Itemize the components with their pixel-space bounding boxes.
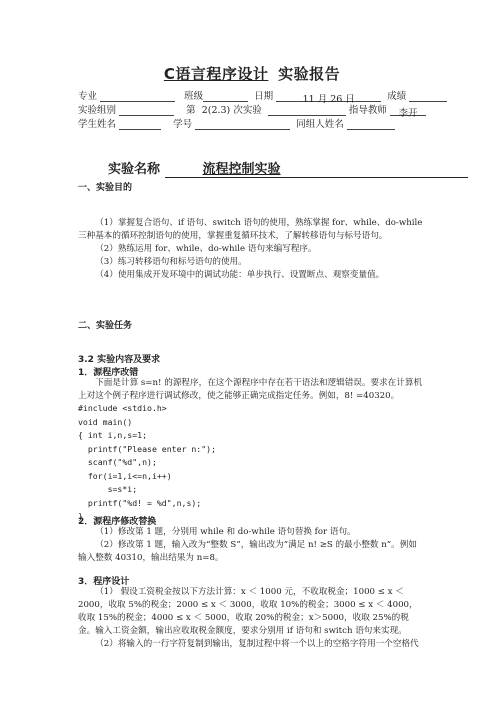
purpose-item-3: （3）练习转移语句和标号语句的使用。 — [78, 256, 424, 269]
task2-item-1: （1）修改第 1 题，分别用 while 和 do-while 语句替换 for… — [78, 526, 424, 539]
nth-blank-field[interactable] — [268, 105, 346, 116]
major-field[interactable] — [100, 91, 175, 102]
section-purpose-heading: 一、实验目的 — [78, 180, 132, 193]
purpose-item-4: （4）使用集成开发环境中的调试功能：单步执行、设置断点、观察变量值。 — [78, 269, 424, 282]
group-field[interactable] — [119, 105, 174, 116]
group-label: 实验组别 — [78, 105, 116, 116]
code-line: void main() — [78, 416, 216, 430]
teacher-field[interactable]: 李开 — [390, 105, 426, 116]
id-field[interactable] — [195, 119, 290, 130]
code-line: s=s*i; — [78, 483, 216, 497]
code-line: #include <stdio.h> — [78, 402, 216, 416]
code-block: #include <stdio.h>void main(){ int i,n,s… — [78, 402, 216, 524]
grade-field[interactable] — [409, 91, 447, 102]
partner-field[interactable] — [347, 119, 395, 130]
grade-label: 成绩 — [387, 91, 406, 102]
form-row-1: 专业 班级 日期 11 月 26 日 成绩 — [78, 88, 447, 102]
course-title: C语言程序设计 — [160, 65, 273, 83]
code-line: printf("Please enter n:"); — [78, 443, 216, 457]
teacher-label: 指导教师 — [349, 105, 387, 116]
nth-label: 第 — [186, 105, 196, 116]
form-row-3: 学生姓名 学号 同组人姓名 — [78, 116, 395, 130]
experiment-name: 实验名称 流程控制实验 — [108, 158, 468, 178]
major-label: 专业 — [78, 91, 97, 102]
experiment-name-label: 实验名称 — [108, 162, 160, 177]
task3-item-1: （1） 假设工资税金按以下方法计算：x ＜ 1000 元，不收取税金；1000 … — [78, 586, 424, 638]
task1-description: 下面是计算 s=n! 的源程序，在这个源程序中存在若干语法和逻辑错误。要求在计算… — [78, 377, 424, 403]
partner-label: 同组人姓名 — [296, 119, 344, 130]
code-line: for(i=1,i<=n,i++) — [78, 470, 216, 484]
experiment-name-value: 流程控制实验 — [203, 162, 281, 177]
experiment-name-field: 流程控制实验 — [165, 158, 468, 178]
purpose-item-1: （1）掌握复合语句、if 语句、switch 语句的使用，熟练掌握 for、wh… — [78, 217, 424, 243]
code-line: { int i,n,s=1; — [78, 429, 216, 443]
code-line: scanf("%d",n); — [78, 456, 216, 470]
teacher-value: 李开 — [398, 108, 417, 119]
class-field[interactable] — [203, 91, 248, 102]
class-label: 班级 — [184, 91, 203, 102]
nth-value: 2(2.3) — [202, 105, 231, 116]
purpose-item-2: （2）熟练运用 for、while、do-while 语句来编写程序。 — [78, 243, 424, 256]
nth-suffix: 次实验 — [233, 105, 262, 116]
task2-item-2: （2）修改第 1 题，输入改为“整数 S”，输出改为“满足 n! ≥S 的最小整… — [78, 539, 424, 565]
code-line: printf("%d! = %d",n,s); — [78, 497, 216, 511]
date-label: 日期 — [254, 91, 273, 102]
report-title: 实验报告 — [278, 65, 340, 83]
student-field[interactable] — [119, 119, 161, 130]
section-task-heading: 二、实验任务 — [78, 318, 132, 331]
id-label: 学号 — [173, 119, 192, 130]
date-field[interactable]: 11 月 26 日 — [276, 91, 381, 102]
document-title: C语言程序设计 实验报告 — [0, 63, 500, 84]
form-row-2: 实验组别 第 2(2.3) 次实验 指导教师 李开 — [78, 102, 426, 116]
student-label: 学生姓名 — [78, 119, 116, 130]
subsection-heading: 3.2 实验内容及要求 — [78, 352, 160, 365]
task3-item-2: （2）将输入的一行字符复制到输出，复制过程中将一个以上的空格字符用一个空格代 — [78, 638, 424, 651]
